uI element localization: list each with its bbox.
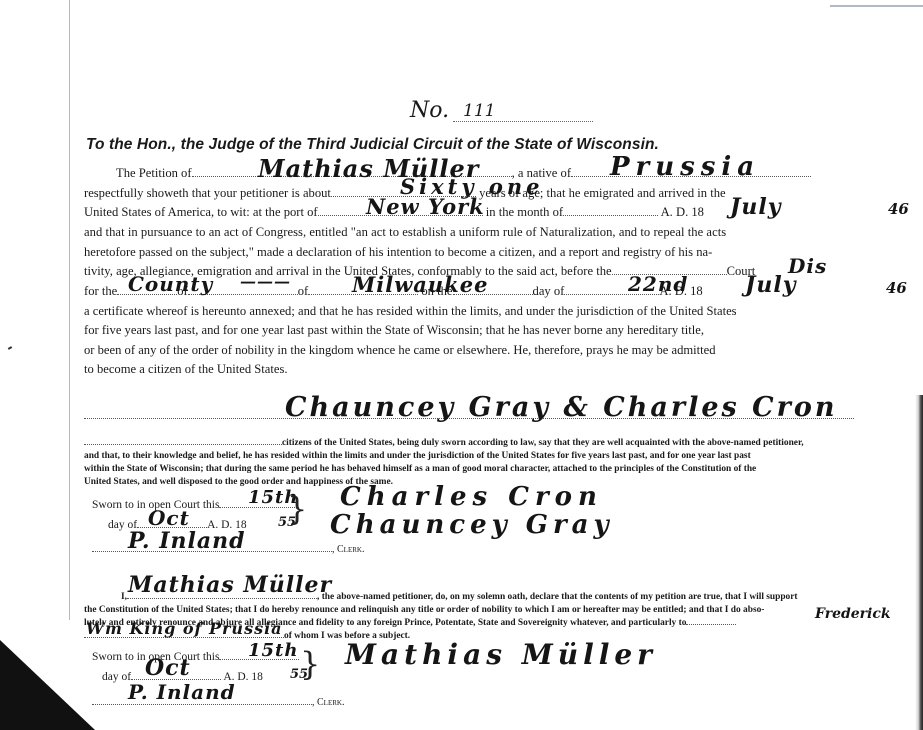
petition-line-8: a certificate whereof is hereunto annexe… bbox=[84, 302, 737, 320]
county-blank-dash: ——— bbox=[240, 272, 291, 291]
oath-sworn-month: Oct bbox=[145, 655, 191, 681]
scan-speck bbox=[8, 346, 12, 350]
witness-sworn-month: Oct bbox=[148, 506, 190, 530]
witness-line-3: within the State of Wisconsin; that duri… bbox=[84, 462, 756, 476]
witness-signature-charles-cron: Charles Cron bbox=[340, 482, 603, 512]
witness-line-1: citizens of the United States, being dul… bbox=[84, 436, 804, 450]
number-label: No. bbox=[410, 98, 449, 123]
court-type: County bbox=[128, 272, 213, 296]
scanned-naturalization-petition: No. 111 To the Hon., the Judge of the Th… bbox=[0, 0, 923, 730]
oath-name: Mathias Müller bbox=[128, 572, 332, 598]
petition-line-9: for five years last past, and for one ye… bbox=[84, 321, 704, 339]
sovereign-part-1: Frederick bbox=[815, 606, 891, 622]
petition-number: 111 bbox=[453, 101, 593, 122]
scan-edge-mark bbox=[830, 5, 923, 7]
arrival-month: July bbox=[730, 194, 782, 220]
oath-sworn-day: 15th bbox=[248, 640, 298, 661]
page-margin-line bbox=[69, 0, 70, 620]
witness-brace: } bbox=[287, 490, 307, 528]
sovereign-part-2: Wm King of Prussia bbox=[86, 619, 283, 638]
port-value: New York bbox=[366, 194, 485, 219]
folded-corner bbox=[0, 640, 95, 730]
witness-names: Chauncey Gray & Charles Cron bbox=[285, 392, 837, 423]
declaration-year: 46 bbox=[886, 279, 907, 297]
witness-signature-chauncey-gray: Chauncey Gray bbox=[330, 510, 614, 540]
oath-clerk-signature: P. Inland bbox=[128, 680, 236, 704]
arrival-year: 46 bbox=[888, 200, 909, 218]
petition-line-11: to become a citizen of the United States… bbox=[84, 360, 288, 378]
oath-brace: } bbox=[300, 645, 320, 683]
document-heading: To the Hon., the Judge of the Third Judi… bbox=[86, 136, 659, 154]
native-of-value: Prussia bbox=[610, 152, 760, 182]
county-value: Milwaukee bbox=[352, 272, 488, 297]
petitioner-signature: Mathias Müller bbox=[345, 638, 657, 671]
oath-line-2: the Constitution of the United States; t… bbox=[84, 603, 764, 617]
petition-line-5: heretofore passed on the subject," made … bbox=[84, 243, 712, 261]
scan-shadow-edge bbox=[915, 395, 923, 730]
witness-line-2: and that, to their knowledge and belief,… bbox=[84, 449, 751, 463]
petition-line-4: and that in pursuance to an act of Congr… bbox=[84, 223, 726, 241]
petition-line-10: or been of any of the order of nobility … bbox=[84, 341, 716, 359]
witness-clerk-signature: P. Inland bbox=[128, 528, 246, 554]
declaration-month: July bbox=[745, 272, 797, 298]
declaration-day: 22nd bbox=[628, 272, 688, 296]
